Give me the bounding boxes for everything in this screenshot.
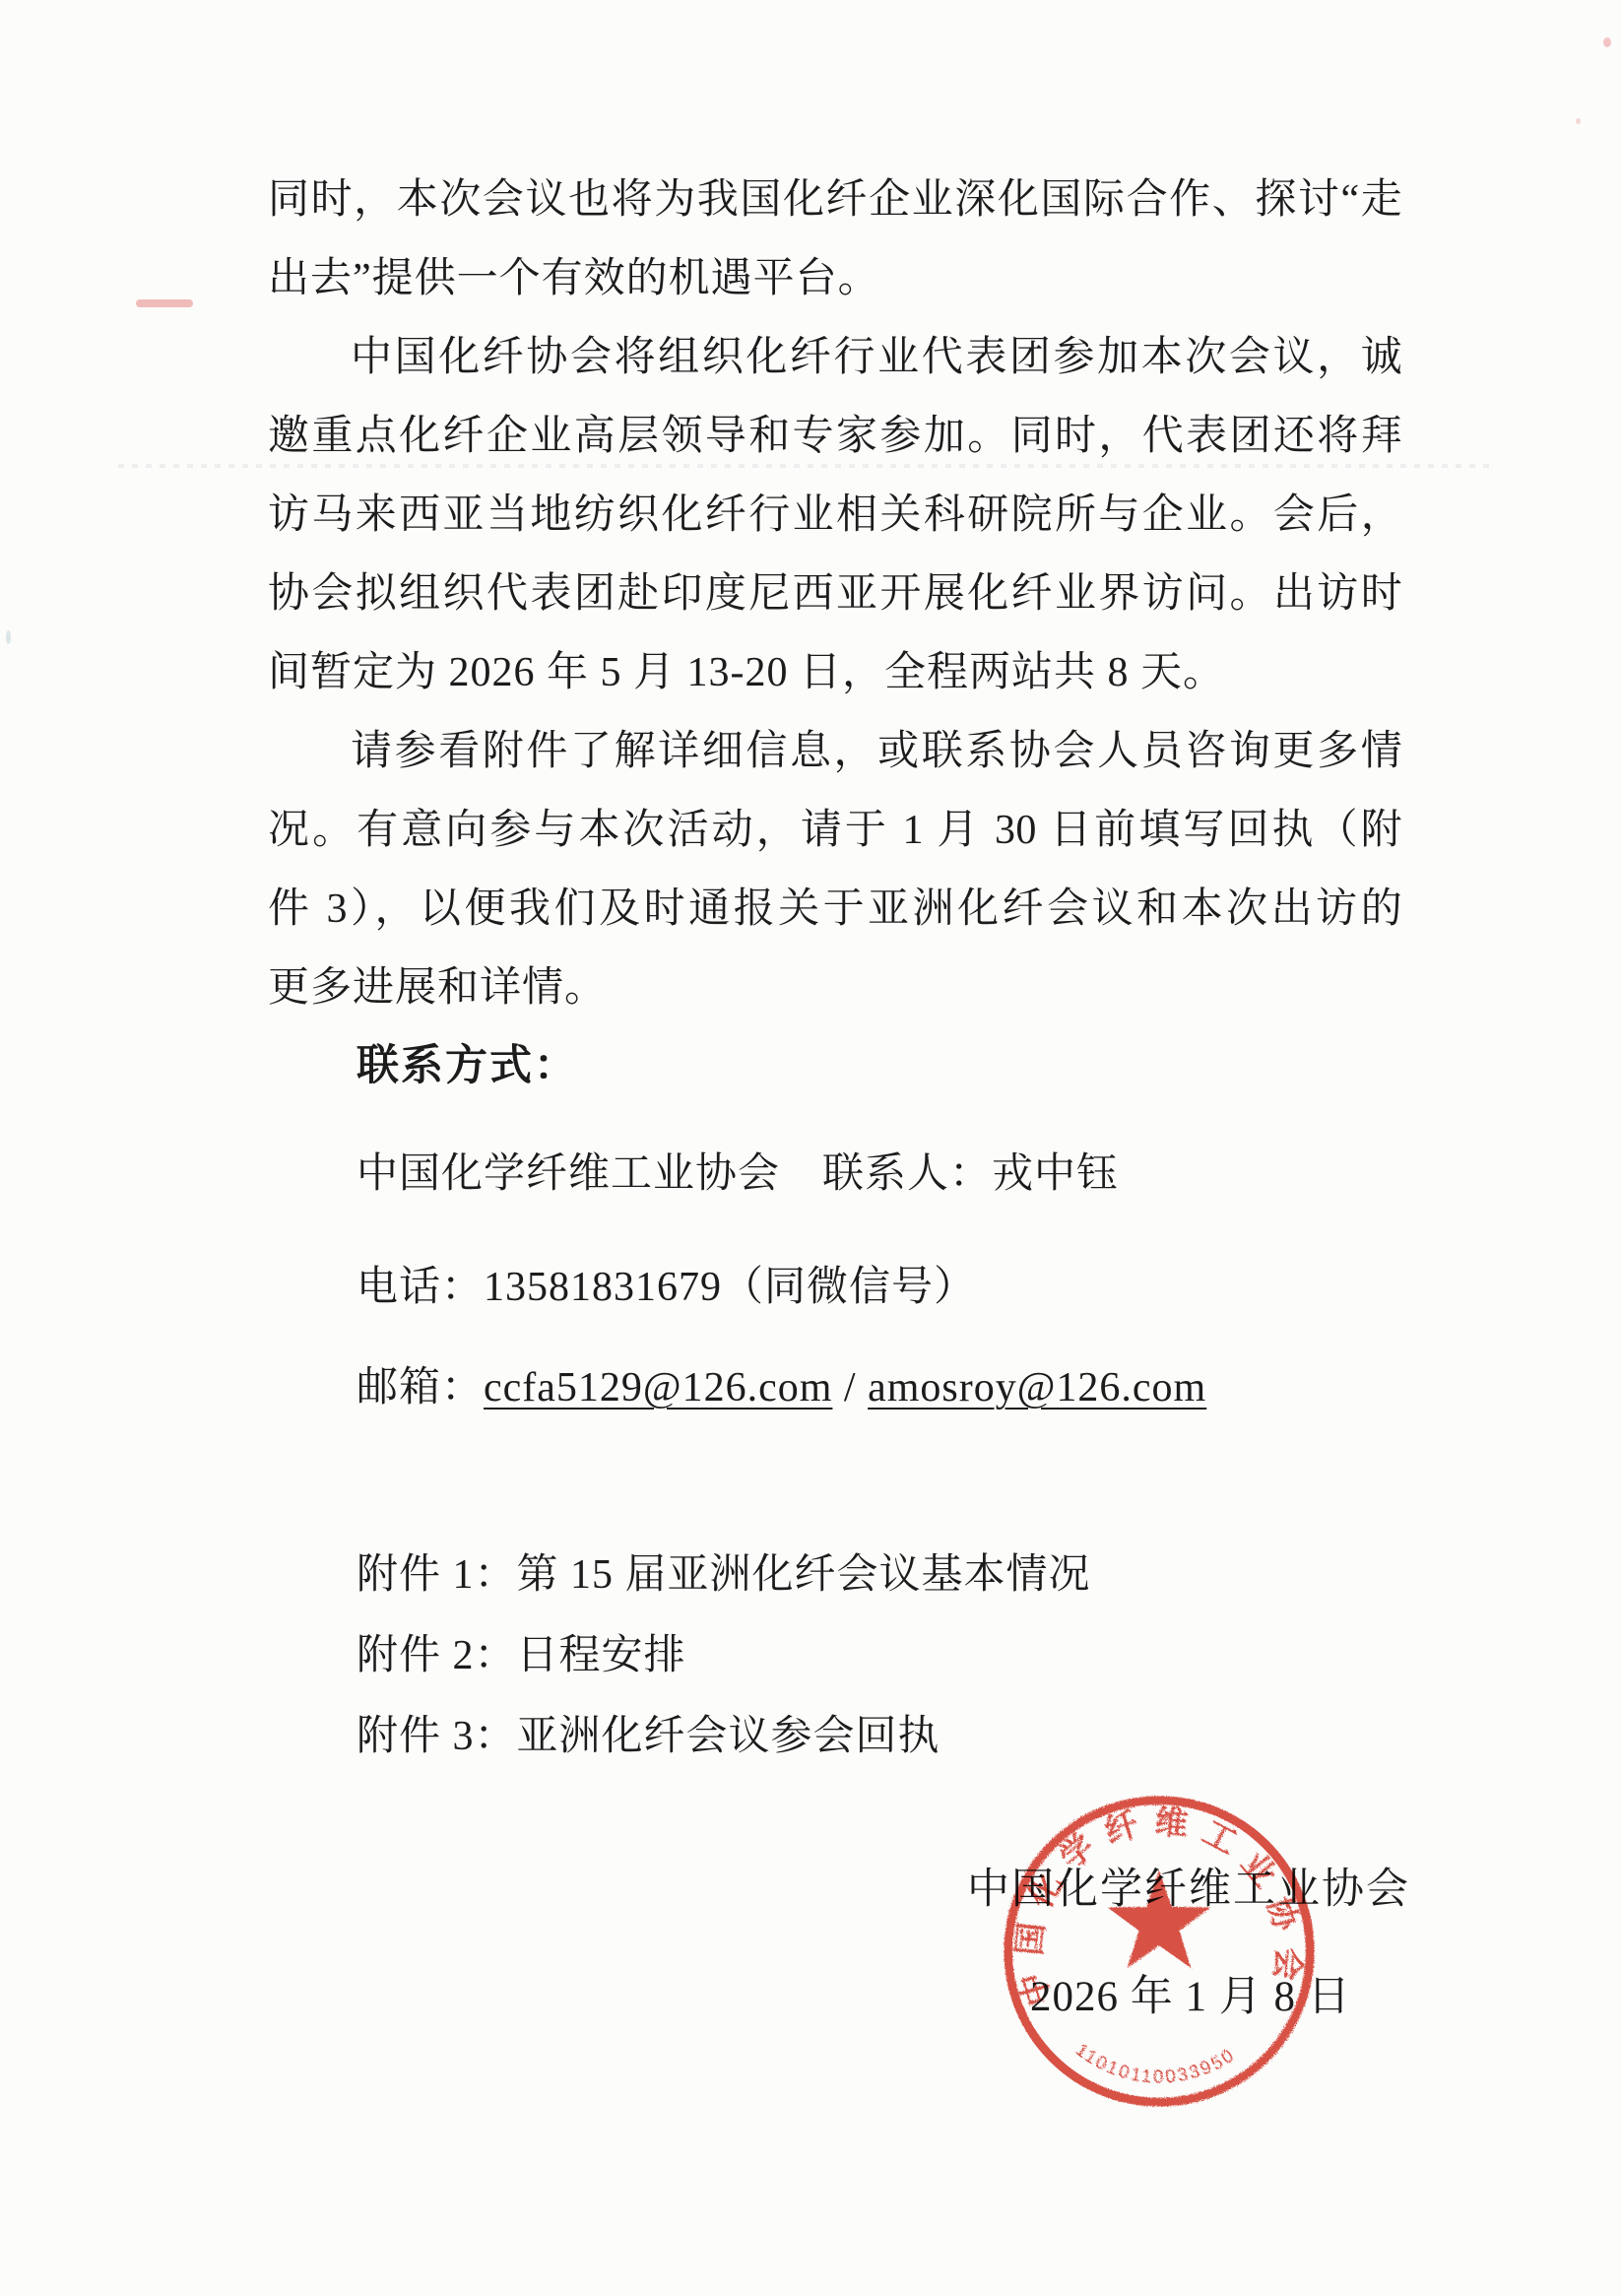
body-line: 更多进展和详情。 [268,949,1402,1027]
email-separator: / [832,1365,868,1410]
email-label: 邮箱： [357,1365,484,1410]
scan-artifact-speck [1576,118,1581,124]
scan-artifact-smudge [136,299,193,307]
body-line: 请参看附件了解详细信息，或联系协会人员咨询更多情 [268,712,1402,791]
body-line: 协会拟组织代表团赴印度尼西亚开展化纤业界访问。出访时 [268,555,1402,633]
body-line: 件 3），以便我们及时通报关于亚洲化纤会议和本次出访的 [268,870,1402,949]
body-line: 出去”提供一个有效的机遇平台。 [268,239,1402,318]
svg-text:11010110033950: 11010110033950 [1072,2039,1237,2087]
attachment-item-3: 附件 3：亚洲化纤会议参会回执 [357,1697,940,1776]
body-line: 间暂定为 2026 年 5 月 13-20 日，全程两站共 8 天。 [268,633,1402,712]
body-line: 中国化纤协会将组织化纤行业代表团参加本次会议，诚 [268,318,1402,397]
contact-org-line: 中国化学纤维工业协会 联系人：戎中钰 [357,1135,1119,1214]
contact-phone-line: 电话：13581831679（同微信号） [357,1248,976,1327]
email-link-primary[interactable]: ccfa5129@126.com [484,1365,832,1410]
stamp-outer-ring [1008,1801,1310,2102]
stamp-graphic: 中国化学纤维工业协会 11010110033950 [1008,1801,1310,2102]
body-line: 访马来西亚当地纺织化纤行业相关科研院所与企业。会后， [268,476,1402,555]
scan-artifact-speck [6,630,11,644]
official-seal-stamp: 中国化学纤维工业协会 11010110033950 [997,1789,1322,2114]
scan-artifact-speck [1603,37,1611,47]
contact-heading: 联系方式： [357,1026,578,1105]
scan-artifact-streak [118,464,1497,468]
attachment-item-2: 附件 2：日程安排 [357,1616,686,1695]
email-link-secondary[interactable]: amosroy@126.com [868,1365,1206,1410]
attachment-item-1: 附件 1：第 15 届亚洲化纤会议基本情况 [357,1536,1091,1614]
stamp-serial-number: 11010110033950 [1072,2039,1237,2087]
scanned-letter-page: 同时，本次会议也将为我国化纤企业深化国际合作、探讨“走 出去”提供一个有效的机遇… [0,0,1621,2296]
stamp-star-icon [1108,1870,1211,1968]
body-line: 同时，本次会议也将为我国化纤企业深化国际合作、探讨“走 [268,161,1402,239]
contact-email-line: 邮箱：ccfa5129@126.com / amosroy@126.com [357,1348,1206,1427]
body-line: 况。有意向参与本次活动，请于 1 月 30 日前填写回执（附 [268,791,1402,870]
